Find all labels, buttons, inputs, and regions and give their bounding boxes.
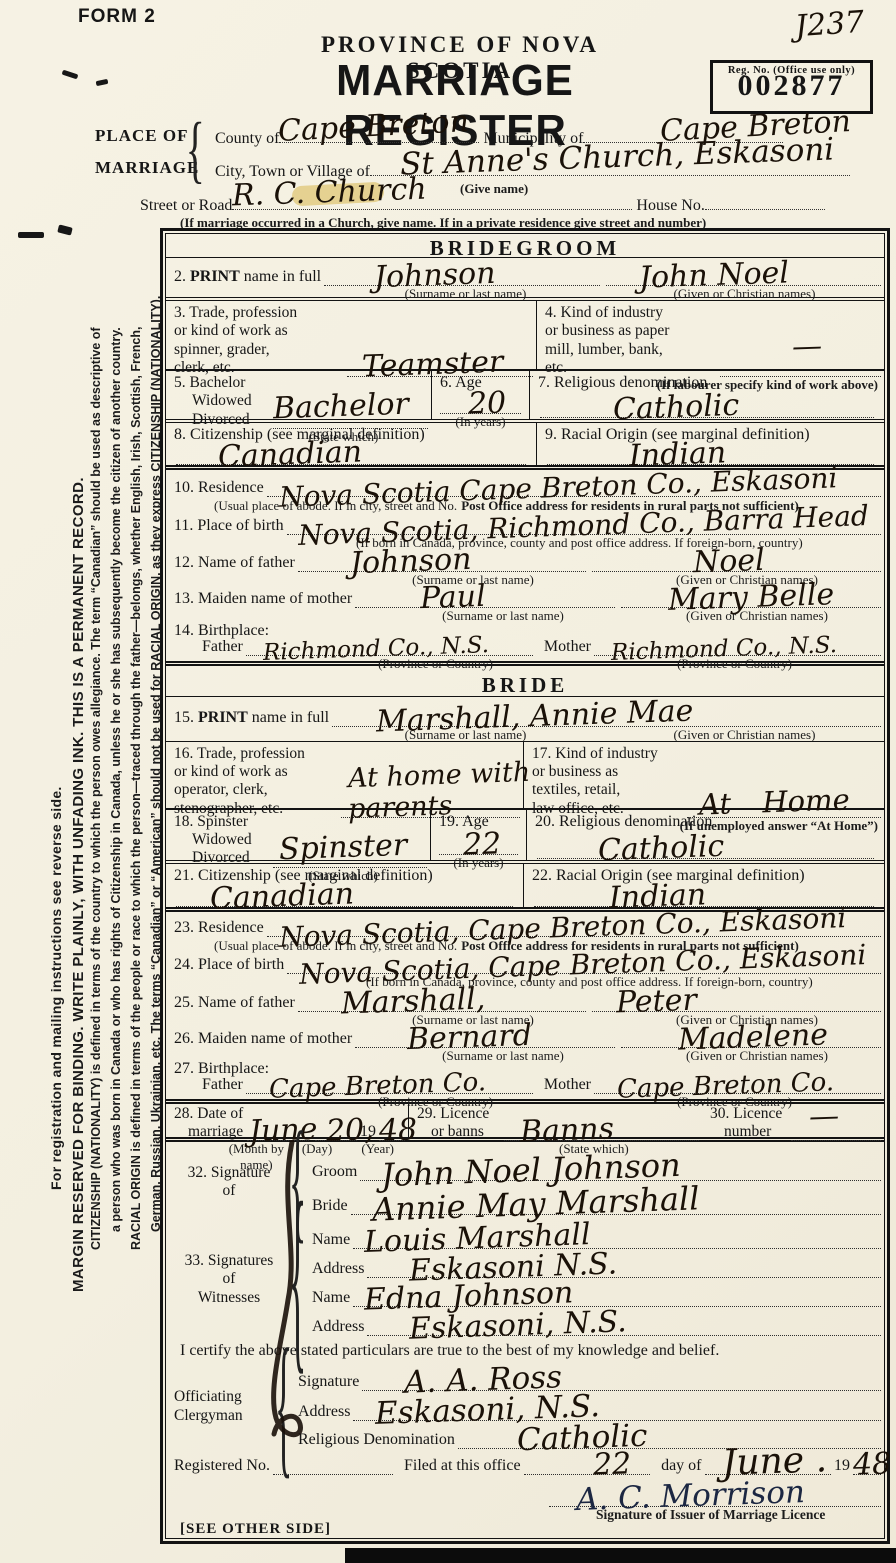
bride-father-birthplace: Cape Breton Co. xyxy=(268,1069,486,1103)
groom-father-given: Noel xyxy=(693,546,766,578)
filed-label: Filed at this office xyxy=(396,1457,521,1475)
issuer-row: A. C. Morrison Signature of Issuer of Ma… xyxy=(166,1479,884,1513)
year-print: 19 xyxy=(834,1457,850,1475)
place-brace: { xyxy=(186,106,205,193)
bride-signature-field[interactable]: Annie May Marshall xyxy=(351,1195,881,1215)
bride-mother-given-field[interactable]: Madelene xyxy=(621,1028,881,1048)
filed-month-field[interactable]: June . xyxy=(705,1455,832,1475)
day-of-label: day of xyxy=(653,1457,701,1475)
witness-1-name-field[interactable]: Louis Marshall xyxy=(353,1229,881,1249)
field-32-signatures: 32. Signatureof { Groom John Noel Johnso… xyxy=(166,1142,884,1220)
see-other-side-label: [SEE OTHER SIDE] xyxy=(166,1513,884,1538)
bride-age-value: 22 xyxy=(462,829,501,860)
margin-note-registration: For registration and mailing instruction… xyxy=(48,786,64,1190)
groom-father-surname: Johnson xyxy=(349,545,471,579)
field-15-print-name: 15. PRINT name in full Marshall, Annie M… xyxy=(166,697,884,742)
field-28-date: 28. Date ofmarriage June 20, 19 48 (Mont… xyxy=(166,1104,408,1137)
field-2-print-name: 2. PRINT name in full Johnson John Noel … xyxy=(166,258,884,301)
groom-citizenship-value: Canadian xyxy=(218,437,363,472)
marriage-label: MARRIAGE xyxy=(95,158,199,178)
scan-mark xyxy=(62,70,79,80)
groom-trade-field[interactable]: Teamster xyxy=(347,319,533,377)
scan-mark xyxy=(57,224,73,235)
street-value[interactable]: R. C. Church xyxy=(232,175,428,212)
field-9-racial-origin: 9. Racial Origin (see marginal definitio… xyxy=(536,423,884,465)
field-7-religion: 7. Religious denomination Catholic xyxy=(529,371,884,419)
groom-surname-value: Johnson xyxy=(373,259,495,293)
marriage-register-page: For registration and mailing instruction… xyxy=(0,0,896,1563)
marriage-day-field[interactable]: 20, xyxy=(315,1115,357,1141)
field-19-age: 19. Age 22 (In years) xyxy=(430,810,526,860)
clergy-signature-field[interactable]: A. A. Ross xyxy=(362,1371,881,1391)
field-26-mother-name: 26. Maiden name of mother Bernard Madele… xyxy=(166,1028,884,1060)
groom-signature-field[interactable]: John Noel Johnson xyxy=(360,1161,881,1181)
bride-status-field[interactable]: Spinster xyxy=(273,816,427,868)
bride-father-given-field[interactable]: Peter xyxy=(592,992,881,1012)
bride-sig-label: Bride xyxy=(304,1197,348,1215)
street-label: Street or Road xyxy=(140,197,232,214)
field-14-parents-birthplace: 14. Birthplace: Father Richmond Co., N.S… xyxy=(166,622,884,666)
bride-citizenship-field[interactable]: Canadian xyxy=(176,885,513,907)
field-11-birthplace: 11. Place of birth Nova Scotia, Richmond… xyxy=(166,515,884,552)
margin-note-racial-1: RACIAL ORIGIN is defined in terms of the… xyxy=(129,327,143,1251)
groom-religion-value: Catholic xyxy=(613,391,740,425)
registered-no-field[interactable] xyxy=(273,1455,393,1475)
groom-industry-value: — xyxy=(792,332,823,363)
witness-1-address-field[interactable]: Eskasoni N.S. xyxy=(367,1258,881,1278)
field-18-marital-status: 18. SpinsterWidowed Divorced Spinster (S… xyxy=(166,810,430,860)
margin-note-citizenship-2: a person who was born in Canada or who h… xyxy=(109,327,123,1232)
field-21-citizenship: 21. Citizenship (see marginal definition… xyxy=(166,864,523,907)
county-label: County of xyxy=(215,130,279,147)
bride-mother-surname: Bernard xyxy=(407,1021,533,1055)
form-number-label: FORM 2 xyxy=(78,6,156,28)
witness-2-address-field[interactable]: Eskasoni, N.S. xyxy=(367,1316,881,1336)
house-no-label: House No. xyxy=(636,197,704,214)
issuer-signature: A. C. Morrison xyxy=(575,1477,805,1516)
field-17-industry: 17. Kind of industryor business as texti… xyxy=(523,742,884,808)
field-24-birthplace: 24. Place of birth Nova Scotia, Cape Bre… xyxy=(166,954,884,992)
field-8-citizenship: 8. Citizenship (see marginal definition)… xyxy=(166,423,536,465)
bride-name-field[interactable]: Marshall, Annie Mae xyxy=(332,707,881,727)
filed-day-field[interactable]: 22 xyxy=(524,1455,651,1475)
bride-mother-surname-field[interactable]: Bernard xyxy=(355,1028,615,1048)
clergy-signature-label: Signature xyxy=(290,1373,359,1391)
filed-day-value: 22 xyxy=(593,1449,632,1480)
groom-mother-surname-field[interactable]: Paul xyxy=(355,588,615,608)
clergy-address-label: Address xyxy=(290,1403,350,1421)
margin-note-binding: MARGIN RESERVED FOR BINDING. WRITE PLAIN… xyxy=(70,477,87,1292)
reg-no-value: 002877 xyxy=(717,69,866,103)
bride-religion-field[interactable]: Catholic xyxy=(537,831,874,859)
form-border: BRIDEGROOM 2. PRINT name in full Johnson… xyxy=(160,228,890,1544)
clergy-denomination-label: Religious Denomination xyxy=(290,1431,455,1449)
place-of-label: PLACE OF xyxy=(95,126,188,146)
issuer-signature-field[interactable]: A. C. Morrison xyxy=(549,1487,881,1507)
field-22-racial-origin: 22. Racial Origin (see marginal definiti… xyxy=(523,864,884,907)
groom-father-given-field[interactable]: Noel xyxy=(592,552,881,572)
licence-number-field[interactable]: — xyxy=(791,1115,881,1141)
field-13-mother-name: 13. Maiden name of mother Paul Mary Bell… xyxy=(166,588,884,622)
field-20-religion: 20. Religious denomination Catholic xyxy=(526,810,884,860)
groom-citizenship-field[interactable]: Canadian xyxy=(176,444,526,465)
groom-father-surname-field[interactable]: Johnson xyxy=(298,552,587,572)
bride-mother-birthplace-field[interactable]: Cape Breton Co. xyxy=(594,1074,881,1094)
witness-address-label: Address xyxy=(304,1260,364,1278)
witness-name-label: Name xyxy=(304,1231,350,1249)
certification-statement: I certify the above stated particulars a… xyxy=(166,1336,884,1361)
bride-father-given: Peter xyxy=(615,985,697,1018)
registered-no-label: Registered No. xyxy=(166,1457,270,1475)
groom-residence-field[interactable]: Nova Scotia Cape Breton Co., Eskasoni xyxy=(267,477,881,497)
bride-father-birthplace-field[interactable]: Cape Breton Co. xyxy=(246,1074,533,1094)
marriage-year-field[interactable]: 48 xyxy=(379,1115,405,1141)
groom-mother-birthplace-field[interactable]: Richmond Co., N.S. xyxy=(594,636,881,656)
field-4-industry: 4. Kind of industryor business as paper … xyxy=(536,301,884,369)
bride-trade-value-1: At home with xyxy=(348,759,531,792)
bride-status-value: Spinster xyxy=(279,830,408,864)
bride-father-surname-field[interactable]: Marshall, xyxy=(298,992,587,1012)
licence-or-banns-field[interactable]: Banns xyxy=(504,1115,699,1141)
scan-edge-bar xyxy=(345,1548,896,1563)
groom-given-field[interactable]: John Noel xyxy=(606,266,881,286)
scan-mark xyxy=(18,232,44,238)
groom-status-field[interactable]: Bachelor xyxy=(273,379,428,429)
margin-note-citizenship-1: CITIZENSHIP (NATIONALITY) is defined in … xyxy=(89,327,103,1250)
field-16-trade: 16. Trade, professionor kind of work as … xyxy=(166,742,523,808)
groom-mother-given-field[interactable]: Mary Belle xyxy=(621,588,881,608)
bride-mother-given: Madelene xyxy=(678,1020,829,1055)
field-27-parents-birthplace: 27. Birthplace: Father Cape Breton Co. M… xyxy=(166,1060,884,1104)
groom-mother-surname: Paul xyxy=(420,582,487,614)
field-5-marital-status: 5. BachelorWidowed Divorced Bachelor (St… xyxy=(166,371,431,419)
groom-status-value: Bachelor xyxy=(273,389,410,424)
handwritten-file-code: J237 xyxy=(794,8,865,43)
bride-citizenship-value: Canadian xyxy=(209,879,354,914)
scan-mark xyxy=(96,79,109,86)
clergy-block: OfficiatingClergyman { Signature A. A. R… xyxy=(166,1361,884,1449)
city-caption: (Give name) xyxy=(460,181,528,197)
field-3-trade: 3. Trade, professionor kind of work as s… xyxy=(166,301,536,369)
licence-number-value: — xyxy=(808,1102,839,1133)
bride-mother-birthplace: Cape Breton Co. xyxy=(617,1069,835,1103)
field-33-witnesses: 33. Signatures ofWitnesses { Name Louis … xyxy=(166,1220,884,1337)
bride-age-field[interactable]: 22 xyxy=(439,831,518,855)
groom-religion-field[interactable]: Catholic xyxy=(540,392,874,418)
groom-sig-label: Groom xyxy=(304,1163,357,1181)
witness-name-label: Name xyxy=(304,1289,350,1307)
groom-age-value: 20 xyxy=(468,388,507,419)
groom-surname-field[interactable]: Johnson xyxy=(324,266,599,286)
field-29-30-licence: 29. Licenceor banns Banns 30. Licencenum… xyxy=(408,1104,884,1137)
groom-father-birthplace-field[interactable]: Richmond Co., N.S. xyxy=(246,636,533,656)
groom-age-field[interactable]: 20 xyxy=(440,392,521,414)
bride-birthplace-field[interactable]: Nova Scotia, Cape Breton Co., Eskasoni xyxy=(287,954,881,974)
groom-mother-given: Mary Belle xyxy=(667,580,834,616)
filed-year-field[interactable]: 48 xyxy=(853,1455,881,1475)
witness-address-label: Address xyxy=(304,1318,364,1336)
groom-birthplace-field[interactable]: Nova Scotia, Richmond Co., Barra Head xyxy=(287,515,881,535)
filed-year-value: 48 xyxy=(852,1449,891,1480)
bride-residence-field[interactable]: Nova Scotia, Cape Breton Co., Eskasoni xyxy=(267,917,881,937)
bride-religion-value: Catholic xyxy=(597,832,724,866)
field-6-age: 6. Age 20 (In years) xyxy=(431,371,529,419)
bride-section-title: BRIDE xyxy=(166,666,884,698)
bride-father-surname: Marshall, xyxy=(341,984,486,1019)
groom-given-value: John Noel xyxy=(638,258,789,293)
